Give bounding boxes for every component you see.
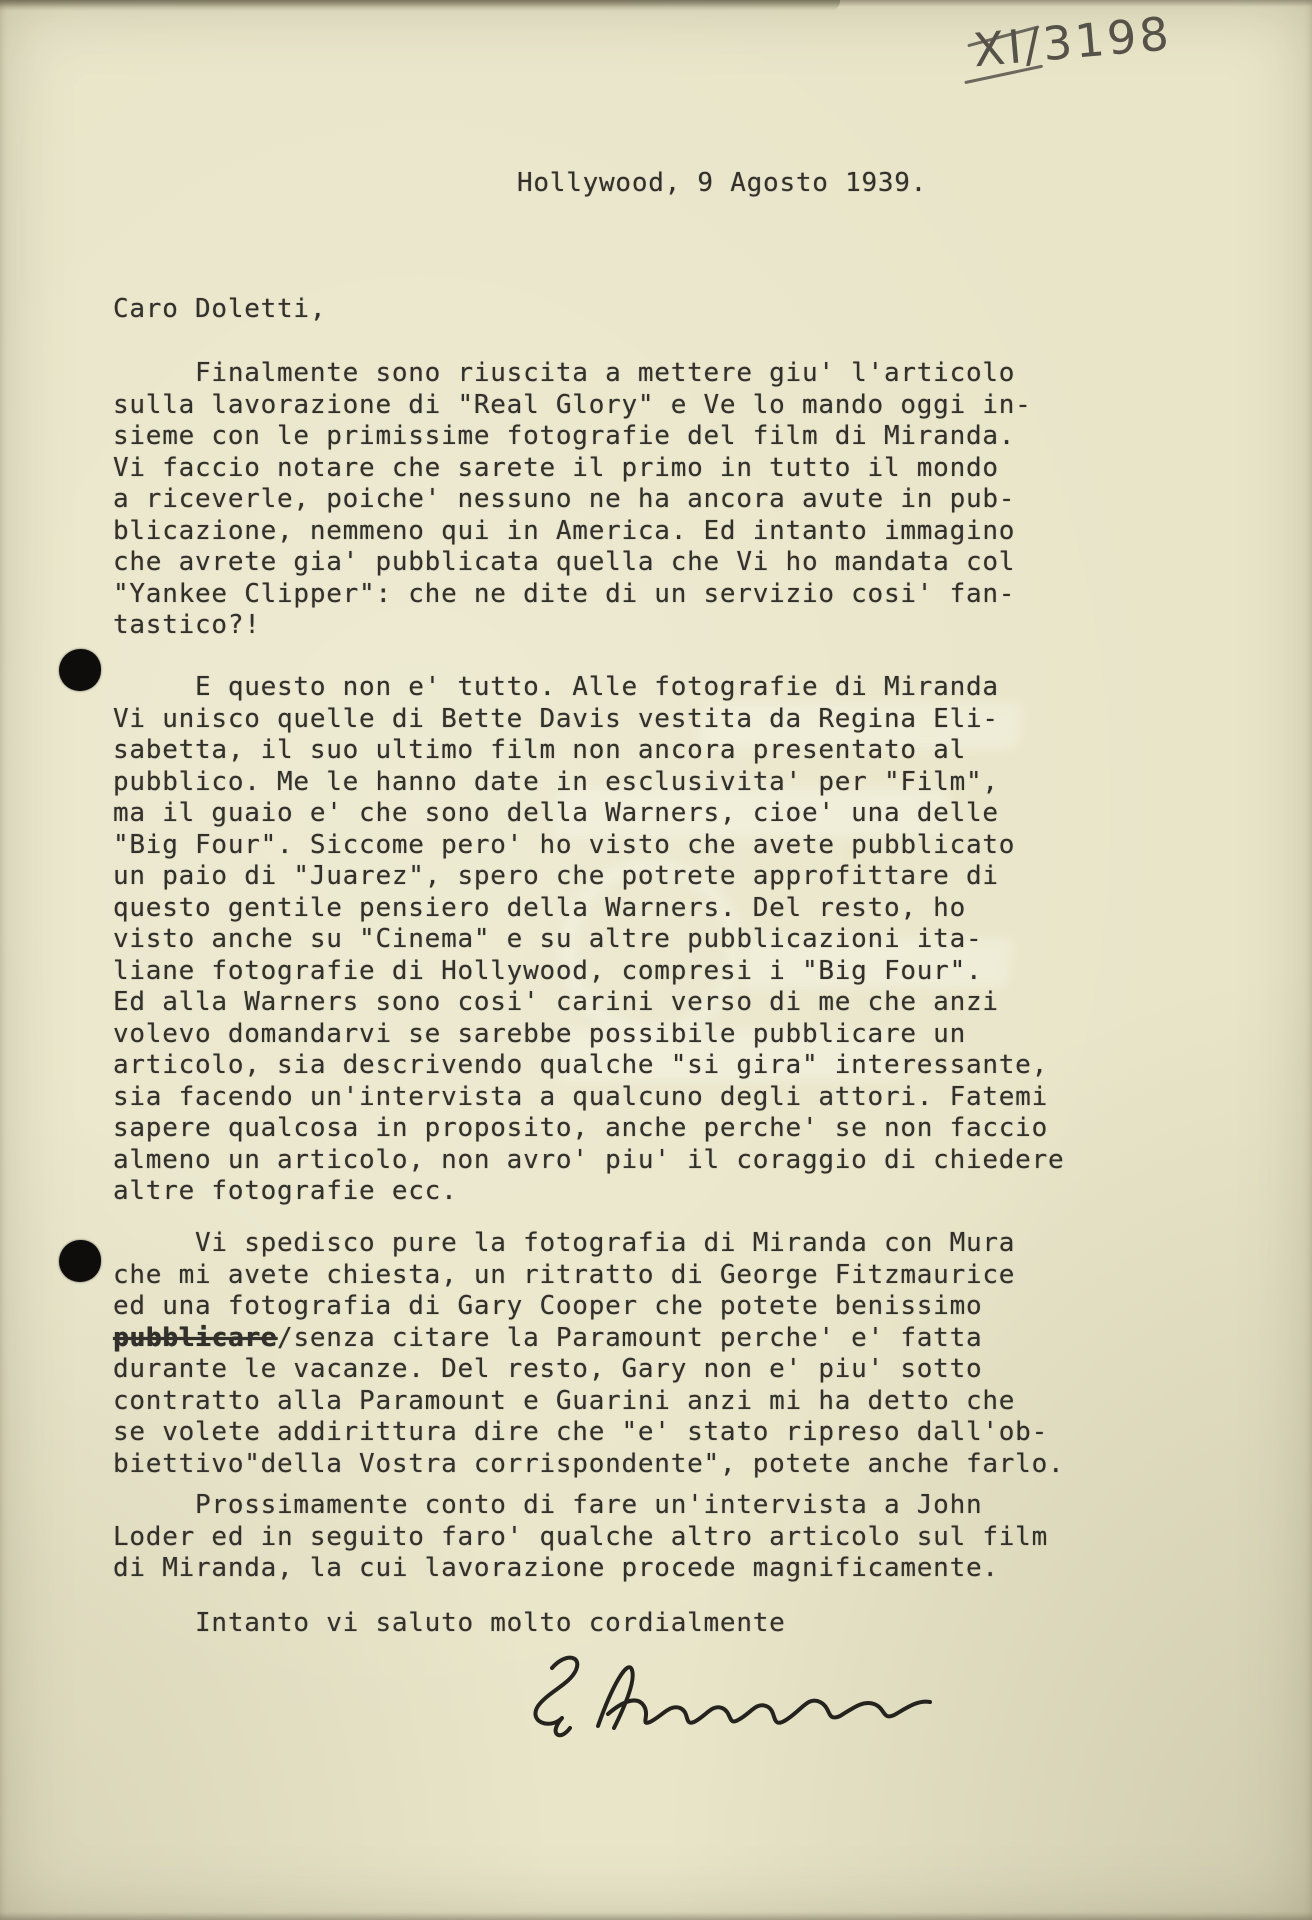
letter-line: pubblico. Me le hanno date in esclusivit…	[113, 767, 1064, 799]
letter-line: E questo non e' tutto. Alle fotografie d…	[113, 672, 1064, 704]
letter-line: ma il guaio e' che sono della Warners, c…	[113, 798, 1064, 830]
letter-line: un paio di "Juarez", spero che potrete a…	[113, 861, 1064, 893]
letter-line: visto anche su "Cinema" e su altre pubbl…	[113, 924, 1064, 956]
letter-line: di Miranda, la cui lavorazione procede m…	[113, 1553, 1048, 1585]
letter-line: sulla lavorazione di "Real Glory" e Ve l…	[113, 390, 1032, 422]
letter-line: biettivo"della Vostra corrispondente", p…	[113, 1449, 1064, 1481]
letter-line: Prossimamente conto di fare un'intervist…	[113, 1490, 1048, 1522]
letter-line: liane fotografie di Hollywood, compresi …	[113, 956, 1064, 988]
letter-line: pubblicare/senza citare la Paramount per…	[113, 1323, 1064, 1355]
letter-line: sapere qualcosa in proposito, anche perc…	[113, 1113, 1064, 1145]
letter-line: se volete addirittura dire che "e' stato…	[113, 1417, 1064, 1449]
letter-line: "Big Four". Siccome pero' ho visto che a…	[113, 830, 1064, 862]
archive-number-text: XI/3198	[971, 6, 1174, 77]
paragraph-4: Prossimamente conto di fare un'intervist…	[113, 1490, 1048, 1585]
letter-line: tastico?!	[113, 610, 1032, 642]
letter-line: Vi spedisco pure la fotografia di Mirand…	[113, 1228, 1064, 1260]
letter-line: "Yankee Clipper": che ne dite di un serv…	[113, 579, 1032, 611]
letter-line: contratto alla Paramount e Guarini anzi …	[113, 1386, 1064, 1418]
ink-dot-bottom	[59, 1240, 101, 1282]
signature	[490, 1630, 960, 1770]
paper-bottom-edge-shadow	[0, 1912, 1312, 1920]
letter-line: volevo domandarvi se sarebbe possibile p…	[113, 1019, 1064, 1051]
letter-line: altre fotografie ecc.	[113, 1176, 1064, 1208]
paragraph-3: Vi spedisco pure la fotografia di Mirand…	[113, 1228, 1064, 1480]
letter-line: questo gentile pensiero della Warners. D…	[113, 893, 1064, 925]
dateline: Hollywood, 9 Agosto 1939.	[517, 168, 927, 200]
letter-line: sabetta, il suo ultimo film non ancora p…	[113, 735, 1064, 767]
letter-line: che avrete gia' pubblicata quella che Vi…	[113, 547, 1032, 579]
letter-line: Ed alla Warners sono cosi' carini verso …	[113, 987, 1064, 1019]
salutation: Caro Doletti,	[113, 294, 326, 326]
overstruck-word: pubblicare	[113, 1323, 277, 1353]
letter-line: Vi faccio notare che sarete il primo in …	[113, 453, 1032, 485]
letter-line: Vi unisco quelle di Bette Davis vestita …	[113, 704, 1064, 736]
letter-line: almeno un articolo, non avro' piu' il co…	[113, 1145, 1064, 1177]
paper-top-left-edge-shadow	[0, 0, 840, 11]
letter-line: Finalmente sono riuscita a mettere giu' …	[113, 358, 1032, 390]
letter-line: sia facendo un'intervista a qualcuno deg…	[113, 1082, 1064, 1114]
letter-line: ed una fotografia di Gary Cooper che pot…	[113, 1291, 1064, 1323]
letter-line: a riceverle, poiche' nessuno ne ha ancor…	[113, 484, 1032, 516]
paragraph-2: E questo non e' tutto. Alle fotografie d…	[113, 672, 1064, 1208]
letter-line: Loder ed in seguito faro' qualche altro …	[113, 1522, 1048, 1554]
paragraph-1: Finalmente sono riuscita a mettere giu' …	[113, 358, 1032, 642]
archive-number-annotation: XI/3198	[971, 1, 1239, 123]
letter-line: che mi avete chiesta, un ritratto di Geo…	[113, 1260, 1064, 1292]
letter-line: sieme con le primissime fotografie del f…	[113, 421, 1032, 453]
letter-line: durante le vacanze. Del resto, Gary non …	[113, 1354, 1064, 1386]
letter-line: articolo, sia descrivendo qualche "si gi…	[113, 1050, 1064, 1082]
scanned-letter-page: XI/3198 Hollywood, 9 Agosto 1939. Caro D…	[0, 0, 1312, 1920]
ink-dot-top	[59, 649, 101, 691]
letter-line: blicazione, nemmeno qui in America. Ed i…	[113, 516, 1032, 548]
